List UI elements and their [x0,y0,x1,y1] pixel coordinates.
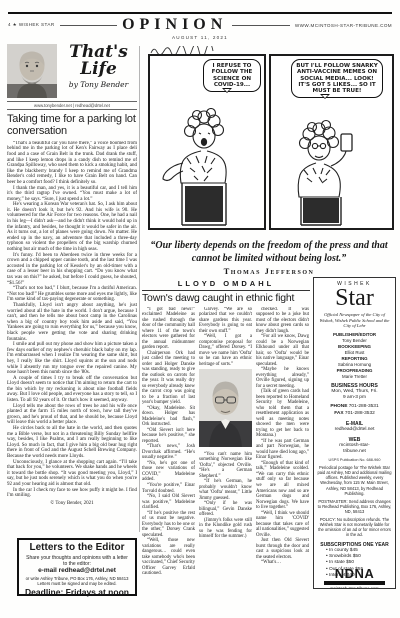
paragraph: I smile and pull out my phone and show h… [7,342,137,376]
omdahl-article-columns: “I got bad news!” exclaimed Madeleine as… [142,307,310,601]
ndna-logo: NDNA [324,567,385,585]
paragraph: checked. It was supposed to be a joke bu… [256,307,309,335]
paragraph: (Jimmy's folks were still in the Klondik… [199,518,252,540]
subscriptions-title: SUBSCRIPTIONS ONE YEAR [317,542,392,548]
lloyd-omdahl-photo [199,369,252,447]
role-name: Sabrina Hornung [317,362,392,368]
paragraph: “If he's positive the rest of us must be… [142,511,195,539]
article-body: “That's a beautiful car you have there,”… [7,141,137,499]
thats-life-masthead: That's Life by Tony Bender [7,44,137,98]
letters-email: e-mail redhead@drtel.net [19,567,135,576]
page-header: 4 ★ WISHEK STAR OPINION WWW.MCINTOSH-STA… [8,17,392,33]
omdahl-column: LLOYD OMDAHL Town's dawg caught in ethni… [142,279,310,601]
paragraph: (Talk of green cards had been reported t… [256,389,309,439]
phone-label: PHONE [330,404,347,409]
section-title: OPINION [122,17,227,33]
paragraph: “That's a beautiful car you have there,”… [7,141,137,186]
letters-to-editor-box: Letters to the Editor Share your thought… [17,538,137,596]
postmaster-notice: POSTMASTER: Send address changes to Redh… [317,499,392,514]
paragraph: “That's not too bad,” I blurt, because I… [7,286,137,303]
paragraph: A couple of times I try to break off the… [7,376,137,404]
letters-deadline: Deadline: Fridays at noon [19,587,135,597]
paragraph: Chairperson Ork had just called the meet… [142,351,195,406]
header-divider-left [60,25,118,26]
web-value-line2: tribune.net [317,449,392,455]
paragraph: “You're positive,” Einar Torvald doubted… [142,483,195,494]
paragraph: “Well, I think we should name him 'COVID… [256,511,309,539]
issue-date: AUGUST 11, 2021 [0,35,400,40]
columnist-byline: LLOYD OMDAHL [142,279,310,288]
thats-life-title: That's Life by Tony Bender [60,44,137,89]
top-rule [8,12,392,14]
tony-bender-photo [7,44,57,98]
paragraph: “What's… [256,560,309,566]
paragraph: It's funny. I'd been to Aberdeen twice i… [7,253,137,287]
author-contact-line: www.tonybender.net | redhead@drtel.net [7,101,137,110]
masthead-box: WISHEK Star Official Newspaper of the Ci… [313,277,396,589]
jefferson-quote-block: “Our liberty depends on the freedom of t… [142,239,396,276]
business-hours-time: 9 am-3 pm [317,395,392,401]
role-name: Marie Tretter [317,374,392,380]
speech-bubble-right: BUT I'LL FOLLOW SNARKY ANTI-VACCINE MEME… [291,59,383,98]
omdahl-col-2: Garvey. “We are so polarized that we cou… [199,307,252,601]
role-name: Tony Bender [317,338,392,344]
cartoon-woman-left [150,108,264,228]
role-name: Elliot Rust [317,350,392,356]
fax-line: FAX 701-288-3532 [317,411,392,418]
paragraph: “Old Sievert isn't here because he's pos… [142,428,195,445]
paragraph: Just then Old Sievert burst through the … [256,538,309,560]
article-headline: Taking time for a parking lot conversati… [7,114,137,138]
subscribe-online-line2: mcintosh-star-tribune.com [317,586,392,589]
paragraph: “Only if he was bilingual,” Gevin Danske… [199,501,252,518]
paragraph: I thank the man, and yes, it is a beauti… [7,186,137,203]
copyright-line: © Tony Bender, 2021 [7,501,137,506]
ndna-logo-text: NDNA [324,567,385,580]
paragraph: “Maybe he knows everything already,” Orv… [256,367,309,389]
page-number-label: 4 ★ WISHEK STAR [8,22,55,28]
letters-invitation: Share your thoughts and opinions with a … [19,555,135,568]
masthead-tagline: Official Newspaper of the City of Wishek… [317,312,392,329]
policy-notice: POLICY: No subscription refunds. The Wis… [317,517,392,537]
paragraph: “No, I said Old Sievert was positive,” M… [142,494,195,511]
thats-life-column: That's Life by Tony Bender www.tonybende… [7,44,137,506]
paragraph: “That's news,” Josh Dvorchak affirmed. “… [142,444,195,461]
paragraph: “If he's German, he probably wouldn't kn… [199,479,252,501]
cartoon-woman-right [271,108,392,228]
paragraph: “Okay, Madeleine. Sit down. Holger has M… [142,406,195,428]
phone-number: 701-288-3531 [349,404,379,409]
speech-bubble-left: I REFUSE TO FOLLOW THE SCIENCE ON COVID-… [203,59,261,92]
email-value: redhead@drtel.net [317,427,392,433]
postage-notice: Periodical postage for The Wishek Star p… [317,465,392,496]
editorial-cartoon: I REFUSE TO FOLLOW THE SCIENCE ON COVID-… [143,46,395,234]
paragraph: “Well, I got a compromise proposal for D… [199,334,252,367]
paragraph: “You can't name him something Norwegian … [199,452,252,480]
cartoon-panel-left: I REFUSE TO FOLLOW THE SCIENCE ON COVID-… [148,54,266,230]
website-url: WWW.MCINTOSH-STAR-TRIBUNE.COM [295,23,392,28]
header-divider-right [232,25,290,26]
quote-attribution: Thomas Jefferson [142,266,396,276]
paragraph: Lloyd tells me about the rows of trees h… [7,404,137,426]
paragraph: “For all we know, Dawg could be a Norweg… [256,334,309,367]
column-divider-rule [139,46,140,532]
paragraph: In the car I check my face to see how pu… [7,488,137,499]
cartoon-panel-right: BUT I'LL FOLLOW SNARKY ANTI-VACCINE MEME… [269,54,394,230]
paragraph: “Well, those new variations are really d… [142,538,195,577]
fax-number: 701-288-3532 [345,411,375,416]
quote-text: “Our liberty depends on the freedom of t… [142,239,396,265]
paragraph: “Enough of that kind of talk,” Madeleine… [256,461,309,511]
ndna-logo-bar [324,581,385,585]
newspaper-opinion-page: 4 ★ WISHEK STAR OPINION WWW.MCINTOSH-STA… [0,0,400,618]
letters-title: Letters to the Editor [19,543,135,553]
column-byline: by Tony Bender [60,80,137,89]
paragraph: Garvey. “We are so polarized that we cou… [199,307,252,335]
title-line-2: Life [60,61,137,78]
paragraph: “No, he's got one of those new variation… [142,461,195,483]
omdahl-col-3: checked. It was supposed to be a joke bu… [256,307,309,601]
fax-label: FAX [334,411,343,416]
masthead-name: Star [317,287,392,310]
paragraph: Unconsciously, I glance at the shopping … [7,460,137,488]
byline-rule [142,290,310,291]
paragraph: “I got bad news!” exclaimed Madeleine as… [142,307,195,351]
letters-signed-note: Letters must be signed and may be edited… [19,581,135,586]
paragraph: “If he was part German and part Norwegia… [256,439,309,461]
usps-number: USPS Publication No. 688-960 [317,458,392,462]
paragraph: Thankfully, Lloyd isn't angry about anyt… [7,303,137,342]
paragraph: He circles back to all the hate in the w… [7,426,137,460]
omdahl-headline: Town's dawg caught in ethnic fight [142,293,310,304]
paragraph: He's wearing a Korean War veteran's hat.… [7,202,137,252]
omdahl-col-1: “I got bad news!” exclaimed Madeleine as… [142,307,195,601]
